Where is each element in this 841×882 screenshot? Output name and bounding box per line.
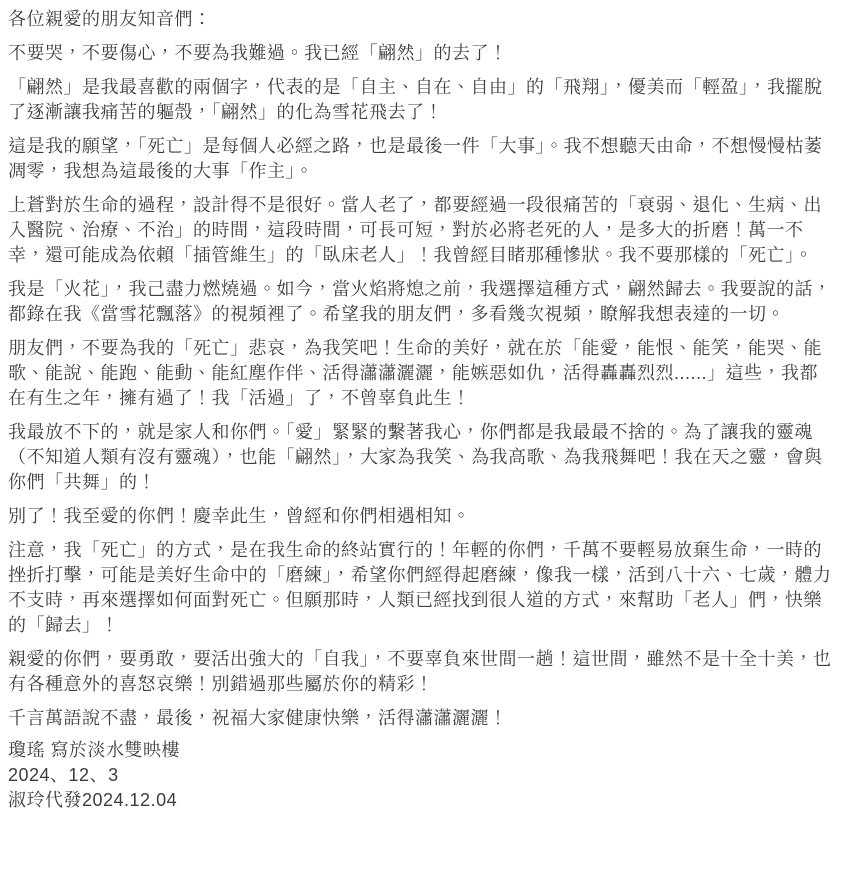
letter-paragraph: 朋友們，不要為我的「死亡」悲哀，為我笑吧！生命的美好，就在於「能愛，能恨、能笑，…: [8, 336, 833, 411]
farewell-letter: 各位親愛的朋友知音們： 不要哭，不要傷心，不要為我難過。我已經「翩然」的去了！ …: [0, 0, 841, 813]
letter-salutation: 各位親愛的朋友知音們：: [8, 7, 833, 32]
document-page: 各位親愛的朋友知音們： 不要哭，不要傷心，不要為我難過。我已經「翩然」的去了！ …: [0, 0, 841, 882]
letter-paragraph: 我最放不下的，就是家人和你們。「愛」緊緊的繫著我心，你們都是我最最不捨的。為了讓…: [8, 420, 833, 495]
signature-relay-line: 淑玲代發2024.12.04: [8, 788, 833, 813]
letter-paragraph: 這是我的願望，「死亡」是每個人必經之路，也是最後一件「大事」。我不想聽天由命，不…: [8, 134, 833, 184]
letter-paragraph: 「翩然」是我最喜歡的兩個字，代表的是「自主、自在、自由」的「飛翔」，優美而「輕盈…: [8, 75, 833, 125]
letter-paragraph: 不要哭，不要傷心，不要為我難過。我已經「翩然」的去了！: [8, 41, 833, 66]
signature-author-line: 瓊瑤 寫於淡水雙映樓: [8, 738, 833, 763]
letter-paragraph: 我是「火花」，我己盡力燃燒過。如今，當火焰將熄之前，我選擇這種方式，翩然歸去。我…: [8, 277, 833, 327]
letter-paragraph: 注意，我「死亡」的方式，是在我生命的終站實行的！年輕的你們，千萬不要輕易放棄生命…: [8, 538, 833, 638]
letter-paragraph: 上蒼對於生命的過程，設計得不是很好。當人老了，都要經過一段很痛苦的「衰弱、退化、…: [8, 193, 833, 268]
signature-date-line: 2024、12、3: [8, 763, 833, 788]
letter-closing: 千言萬語說不盡，最後，祝福大家健康快樂，活得瀟瀟灑灑！: [8, 706, 833, 731]
signature-block: 瓊瑤 寫於淡水雙映樓 2024、12、3 淑玲代發2024.12.04: [8, 738, 833, 813]
letter-paragraph: 別了！我至愛的你們！慶幸此生，曾經和你們相遇相知。: [8, 504, 833, 529]
letter-paragraph: 親愛的你們，要勇敢，要活出強大的「自我」，不要辜負來世間一趟！這世間，雖然不是十…: [8, 647, 833, 697]
